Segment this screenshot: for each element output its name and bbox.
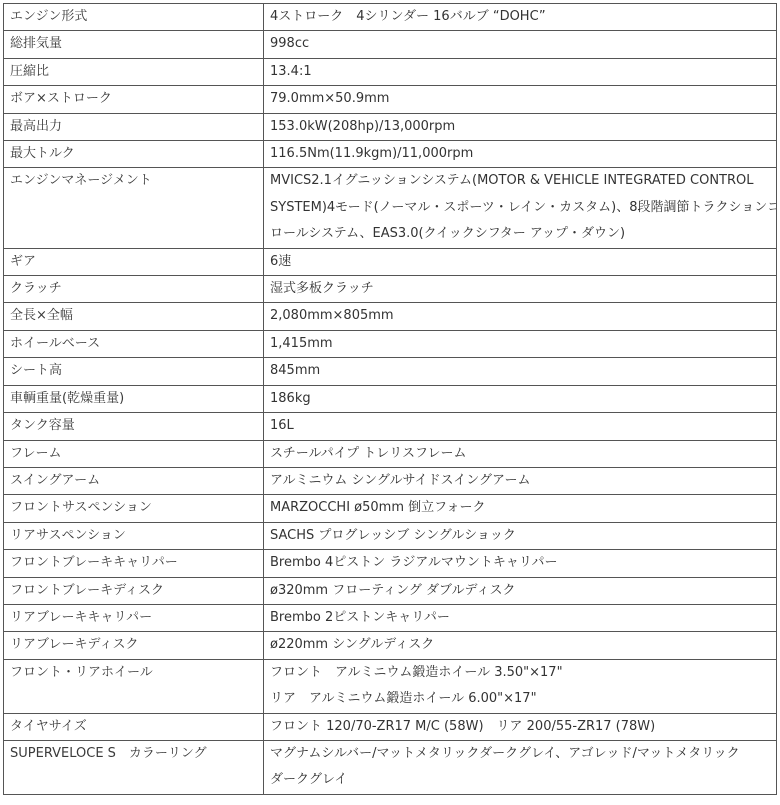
spec-row-rear-suspension: リアサスペンション SACHS プログレッシブ シングルショック	[4, 522, 777, 549]
spec-value: 79.0mm×50.9mm	[264, 86, 777, 113]
spec-row-swingarm: スイングアーム アルミニウム シングルサイドスイングアーム	[4, 467, 777, 494]
spec-value: アルミニウム シングルサイドスイングアーム	[264, 467, 777, 494]
spec-value: フロント 120/70-ZR17 M/C (58W) リア 200/55-ZR1…	[264, 713, 777, 740]
spec-value: ø320mm フローティング ダブルディスク	[264, 577, 777, 604]
spec-label: フロントブレーキディスク	[4, 577, 264, 604]
spec-value: 153.0kW(208hp)/13,000rpm	[264, 113, 777, 140]
spec-value: 186kg	[264, 385, 777, 412]
spec-label: エンジン形式	[4, 4, 264, 31]
spec-label: タイヤサイズ	[4, 713, 264, 740]
spec-value: 2,080mm×805mm	[264, 303, 777, 330]
spec-value: MARZOCCHI ø50mm 倒立フォーク	[264, 495, 777, 522]
spec-row-gear: ギア 6速	[4, 248, 777, 275]
spec-value: 6速	[264, 248, 777, 275]
spec-label: 全長×全幅	[4, 303, 264, 330]
spec-label: リアブレーキディスク	[4, 632, 264, 659]
spec-value: ø220mm シングルディスク	[264, 632, 777, 659]
spec-value: 16L	[264, 413, 777, 440]
spec-row-front-brake-caliper: フロントブレーキキャリパー Brembo 4ピストン ラジアルマウントキャリパー	[4, 550, 777, 577]
spec-label: ボア×ストローク	[4, 86, 264, 113]
spec-row-coloring: SUPERVELOCE S カラーリング マグナムシルバー/マットメタリックダー…	[4, 740, 777, 794]
spec-label: エンジンマネージメント	[4, 168, 264, 248]
spec-row-rear-brake-disc: リアブレーキディスク ø220mm シングルディスク	[4, 632, 777, 659]
spec-row-frame: フレーム スチールパイプ トレリスフレーム	[4, 440, 777, 467]
spec-row-front-brake-disc: フロントブレーキディスク ø320mm フローティング ダブルディスク	[4, 577, 777, 604]
spec-row-max-torque: 最大トルク 116.5Nm(11.9kgm)/11,000rpm	[4, 141, 777, 168]
spec-label: ギア	[4, 248, 264, 275]
spec-label: リアサスペンション	[4, 522, 264, 549]
spec-value-line: ロールシステム、EAS3.0(クイックシフター アップ・ダウン)	[270, 221, 770, 247]
spec-value: 998cc	[264, 31, 777, 58]
spec-label: 圧縮比	[4, 58, 264, 85]
spec-row-engine-management: エンジンマネージメント MVICS2.1イグニッションシステム(MOTOR & …	[4, 168, 777, 248]
spec-value-line: SYSTEM)4モード(ノーマル・スポーツ・レイン・カスタム)、8段階調節トラク…	[270, 195, 770, 221]
spec-value: 4ストローク 4シリンダー 16バルブ “DOHC”	[264, 4, 777, 31]
spec-row-max-power: 最高出力 153.0kW(208hp)/13,000rpm	[4, 113, 777, 140]
spec-value: フロント アルミニウム鍛造ホイール 3.50"×17" リア アルミニウム鍛造ホ…	[264, 659, 777, 713]
spec-label: リアブレーキキャリパー	[4, 604, 264, 631]
spec-row-bore-stroke: ボア×ストローク 79.0mm×50.9mm	[4, 86, 777, 113]
spec-row-rear-brake-caliper: リアブレーキキャリパー Brembo 2ピストンキャリパー	[4, 604, 777, 631]
spec-row-tire-size: タイヤサイズ フロント 120/70-ZR17 M/C (58W) リア 200…	[4, 713, 777, 740]
spec-value-line: マグナムシルバー/マットメタリックダークグレイ、アゴレッド/マットメタリック	[270, 741, 770, 767]
spec-row-displacement: 総排気量 998cc	[4, 31, 777, 58]
spec-label: クラッチ	[4, 276, 264, 303]
spec-value: MVICS2.1イグニッションシステム(MOTOR & VEHICLE INTE…	[264, 168, 777, 248]
spec-row-dry-weight: 車輌重量(乾燥重量) 186kg	[4, 385, 777, 412]
spec-label: 最高出力	[4, 113, 264, 140]
spec-label: SUPERVELOCE S カラーリング	[4, 740, 264, 794]
spec-row-wheelbase: ホイールベース 1,415mm	[4, 330, 777, 357]
spec-value: スチールパイプ トレリスフレーム	[264, 440, 777, 467]
spec-row-tank-capacity: タンク容量 16L	[4, 413, 777, 440]
spec-label: 車輌重量(乾燥重量)	[4, 385, 264, 412]
spec-label: シート高	[4, 358, 264, 385]
spec-table: エンジン形式 4ストローク 4シリンダー 16バルブ “DOHC” 総排気量 9…	[3, 3, 777, 795]
spec-value: 湿式多板クラッチ	[264, 276, 777, 303]
spec-table-body: エンジン形式 4ストローク 4シリンダー 16バルブ “DOHC” 総排気量 9…	[4, 4, 777, 795]
spec-label: スイングアーム	[4, 467, 264, 494]
spec-row-length-width: 全長×全幅 2,080mm×805mm	[4, 303, 777, 330]
spec-value: 116.5Nm(11.9kgm)/11,000rpm	[264, 141, 777, 168]
spec-label: フロントサスペンション	[4, 495, 264, 522]
spec-label: フレーム	[4, 440, 264, 467]
spec-value: SACHS プログレッシブ シングルショック	[264, 522, 777, 549]
spec-row-engine-type: エンジン形式 4ストローク 4シリンダー 16バルブ “DOHC”	[4, 4, 777, 31]
spec-value: 1,415mm	[264, 330, 777, 357]
spec-value: Brembo 2ピストンキャリパー	[264, 604, 777, 631]
spec-label: 総排気量	[4, 31, 264, 58]
spec-value-line: フロント アルミニウム鍛造ホイール 3.50"×17"	[270, 660, 770, 686]
spec-label: 最大トルク	[4, 141, 264, 168]
spec-row-front-suspension: フロントサスペンション MARZOCCHI ø50mm 倒立フォーク	[4, 495, 777, 522]
spec-label: ホイールベース	[4, 330, 264, 357]
spec-label: タンク容量	[4, 413, 264, 440]
spec-label: フロント・リアホイール	[4, 659, 264, 713]
spec-value: 13.4:1	[264, 58, 777, 85]
spec-value-line: MVICS2.1イグニッションシステム(MOTOR & VEHICLE INTE…	[270, 168, 770, 194]
spec-label: フロントブレーキキャリパー	[4, 550, 264, 577]
spec-value-line: ダークグレイ	[270, 767, 770, 793]
spec-value: マグナムシルバー/マットメタリックダークグレイ、アゴレッド/マットメタリック ダ…	[264, 740, 777, 794]
spec-row-wheels: フロント・リアホイール フロント アルミニウム鍛造ホイール 3.50"×17" …	[4, 659, 777, 713]
spec-value: Brembo 4ピストン ラジアルマウントキャリパー	[264, 550, 777, 577]
spec-row-compression-ratio: 圧縮比 13.4:1	[4, 58, 777, 85]
spec-row-clutch: クラッチ 湿式多板クラッチ	[4, 276, 777, 303]
spec-value: 845mm	[264, 358, 777, 385]
spec-row-seat-height: シート高 845mm	[4, 358, 777, 385]
spec-value-line: リア アルミニウム鍛造ホイール 6.00"×17"	[270, 686, 770, 712]
